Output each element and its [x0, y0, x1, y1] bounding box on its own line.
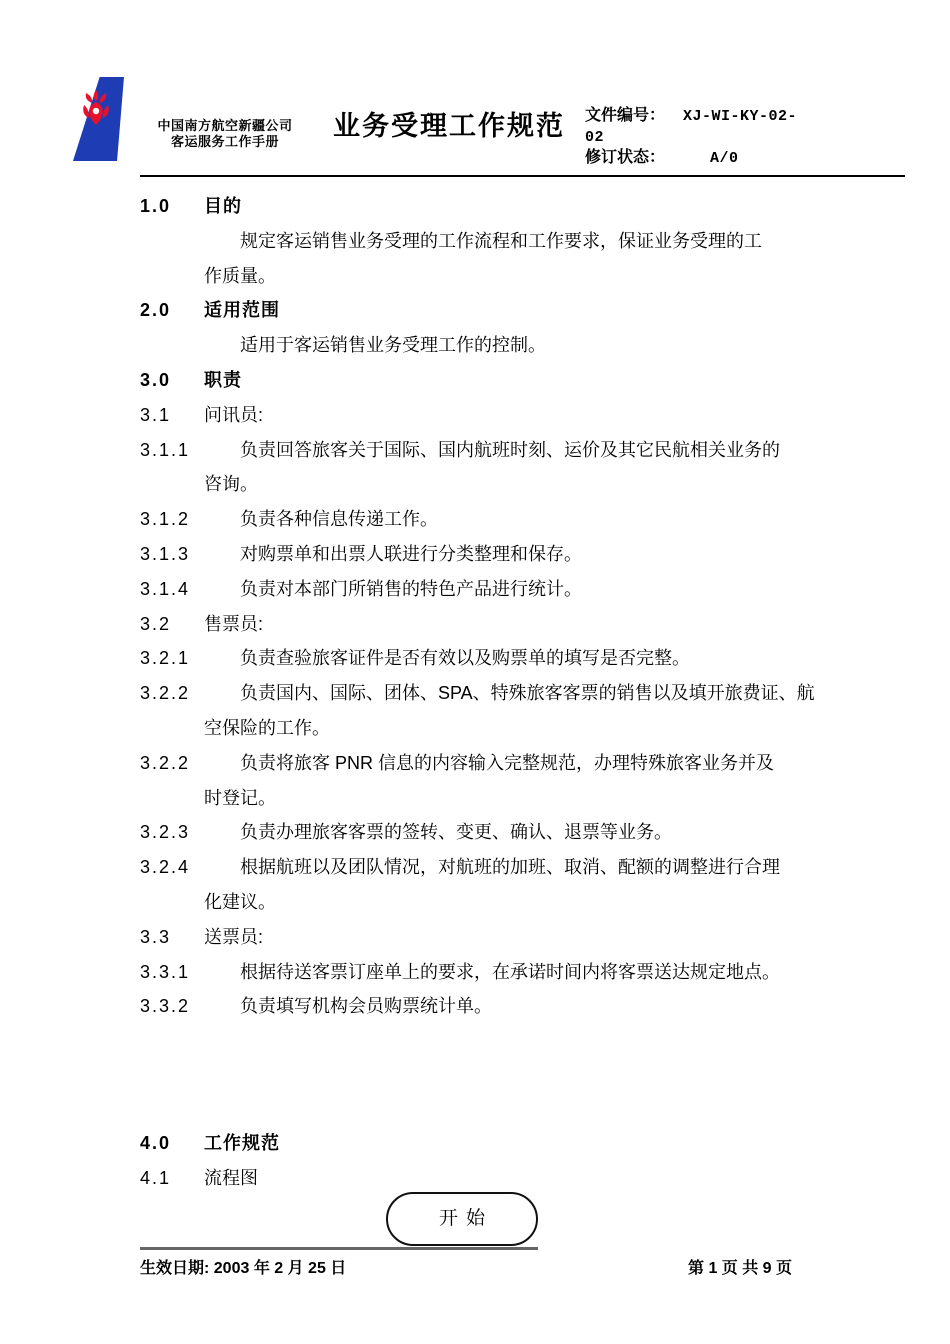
clause-number: 3.1.2: [140, 502, 190, 537]
clause-text: 根据航班以及团队情况，对航班的加班、取消、配额的调整进行合理 化建议。: [204, 850, 905, 920]
clause-number: 3.2.4: [140, 850, 190, 885]
clause-row: 3.1 问讯员:: [140, 398, 905, 433]
clause-row: 3.1.3 对购票单和出票人联进行分类整理和保存。: [140, 537, 905, 572]
flowchart-start-node: 开始: [386, 1192, 538, 1246]
page-title: 业务受理工作规范: [333, 104, 565, 143]
clause-text: 职责: [204, 363, 905, 398]
clause-number: 3.1.1: [140, 433, 190, 468]
clause-number: 3.2.3: [140, 815, 190, 850]
clause-number: 1.0: [140, 189, 171, 224]
clause-number: 3.0: [140, 363, 171, 398]
clause-row: 2.0 适用范围: [140, 293, 905, 328]
page-number: 第 1 页 共 9 页: [688, 1255, 792, 1278]
clause-row: 规定客运销售业务受理的工作流程和工作要求，保证业务受理的工 作质量。: [140, 224, 905, 294]
handbook-name: 客运服务工作手册: [150, 134, 300, 150]
clause-row: 3.2.4 根据航班以及团队情况，对航班的加班、取消、配额的调整进行合理 化建议…: [140, 850, 905, 920]
clause-row: 3.1.2 负责各种信息传递工作。: [140, 502, 905, 537]
clause-text: 负责各种信息传递工作。: [204, 502, 905, 537]
clause-row: 3.2.3 负责办理旅客客票的签转、变更、确认、退票等业务。: [140, 815, 905, 850]
clause-number: 2.0: [140, 293, 171, 328]
clause-text: 问讯员:: [204, 398, 905, 433]
doc-number-value-continued: 02: [585, 129, 604, 146]
clause-text: 负责办理旅客客票的签转、变更、确认、退票等业务。: [204, 815, 905, 850]
clause-text: 售票员:: [204, 607, 905, 642]
doc-number-label: 文件编号：: [585, 107, 665, 124]
clause-row: 适用于客运销售业务受理工作的控制。: [140, 328, 905, 363]
clause-text: 负责将旅客 PNR 信息的内容输入完整规范，办理特殊旅客业务并及 时登记。: [204, 746, 905, 816]
clause-text: 对购票单和出票人联进行分类整理和保存。: [204, 537, 905, 572]
clause-number: 3.1.3: [140, 537, 190, 572]
clause-number: 3.3.1: [140, 955, 190, 990]
clause-row: 3.3 送票员:: [140, 920, 905, 955]
doc-number-row-wrap: 02: [585, 127, 905, 148]
company-logo: [66, 77, 126, 162]
clause-row: 3.2.2 负责将旅客 PNR 信息的内容输入完整规范，办理特殊旅客业务并及 时…: [140, 746, 905, 816]
clause-list: 1.0 目的 规定客运销售业务受理的工作流程和工作要求，保证业务受理的工 作质量…: [140, 176, 905, 1196]
revision-value: A/0: [710, 150, 739, 167]
clause-text: 适用范围: [204, 293, 905, 328]
clause-row: 3.2.1 负责查验旅客证件是否有效以及购票单的填写是否完整。: [140, 641, 905, 676]
clause-row: 4.0 工作规范: [140, 1126, 905, 1161]
clause-row: 3.2.2 负责国内、国际、团体、SPA、特殊旅客客票的销售以及填开旅费证、航 …: [140, 676, 905, 746]
clause-text: 适用于客运销售业务受理工作的控制。: [204, 328, 905, 363]
clause-row: 3.1.4 负责对本部门所销售的特色产品进行统计。: [140, 572, 905, 607]
doc-number-value: XJ-WI-KY-02-: [683, 108, 797, 125]
clause-row: 3.3.2 负责填写机构会员购票统计单。: [140, 989, 905, 1024]
clause-text: 目的: [204, 189, 905, 224]
clause-text: 流程图: [204, 1161, 905, 1196]
doc-number-row: 文件编号：XJ-WI-KY-02-: [585, 106, 905, 127]
clause-number: 3.2.2: [140, 746, 190, 781]
clause-number: 3.2.2: [140, 676, 190, 711]
clause-text: 工作规范: [204, 1126, 905, 1161]
kapok-flower-icon: [80, 89, 112, 129]
revision-row: 修订状态：A/0: [585, 148, 905, 169]
effective-date: 生效日期: 2003 年 2 月 25 日: [140, 1255, 346, 1278]
clause-text: 送票员:: [204, 920, 905, 955]
clause-row: 3.1.1 负责回答旅客关于国际、国内航班时刻、运价及其它民航相关业务的 咨询。: [140, 433, 905, 503]
clause-number: 3.3: [140, 920, 171, 955]
clause-number: 3.1.4: [140, 572, 190, 607]
doc-info-block: 文件编号：XJ-WI-KY-02- 02 修订状态：A/0: [585, 106, 905, 169]
clause-row: 1.0 目的: [140, 189, 905, 224]
footer-divider: [140, 1247, 538, 1250]
document-page: 中国南方航空新疆公司 客运服务工作手册 业务受理工作规范 文件编号：XJ-WI-…: [0, 0, 950, 1344]
start-node-label: 开始: [439, 1208, 493, 1229]
clause-text: 负责查验旅客证件是否有效以及购票单的填写是否完整。: [204, 641, 905, 676]
clause-text: 负责国内、国际、团体、SPA、特殊旅客客票的销售以及填开旅费证、航 空保险的工作…: [204, 676, 905, 746]
clause-text: 负责对本部门所销售的特色产品进行统计。: [204, 572, 905, 607]
clause-row: 3.2 售票员:: [140, 607, 905, 642]
clause-number: 3.3.2: [140, 989, 190, 1024]
clause-number: 3.2.1: [140, 641, 190, 676]
company-name-block: 中国南方航空新疆公司 客运服务工作手册: [150, 118, 300, 150]
clause-text: 负责填写机构会员购票统计单。: [204, 989, 905, 1024]
revision-label: 修订状态：: [585, 149, 665, 166]
clause-text: 负责回答旅客关于国际、国内航班时刻、运价及其它民航相关业务的 咨询。: [204, 433, 905, 503]
clause-row: 3.0 职责: [140, 363, 905, 398]
clause-text: 规定客运销售业务受理的工作流程和工作要求，保证业务受理的工 作质量。: [204, 224, 905, 294]
clause-row: 4.1 流程图: [140, 1161, 905, 1196]
clause-number: 4.1: [140, 1161, 171, 1196]
clause-text: 根据待送客票订座单上的要求，在承诺时间内将客票送达规定地点。: [204, 955, 905, 990]
clause-row: 3.3.1 根据待送客票订座单上的要求，在承诺时间内将客票送达规定地点。: [140, 955, 905, 990]
clause-number: 4.0: [140, 1126, 171, 1161]
clause-number: 3.2: [140, 607, 171, 642]
clause-number: 3.1: [140, 398, 171, 433]
company-name: 中国南方航空新疆公司: [150, 118, 300, 134]
document-header: 中国南方航空新疆公司 客运服务工作手册 业务受理工作规范 文件编号：XJ-WI-…: [0, 0, 950, 176]
